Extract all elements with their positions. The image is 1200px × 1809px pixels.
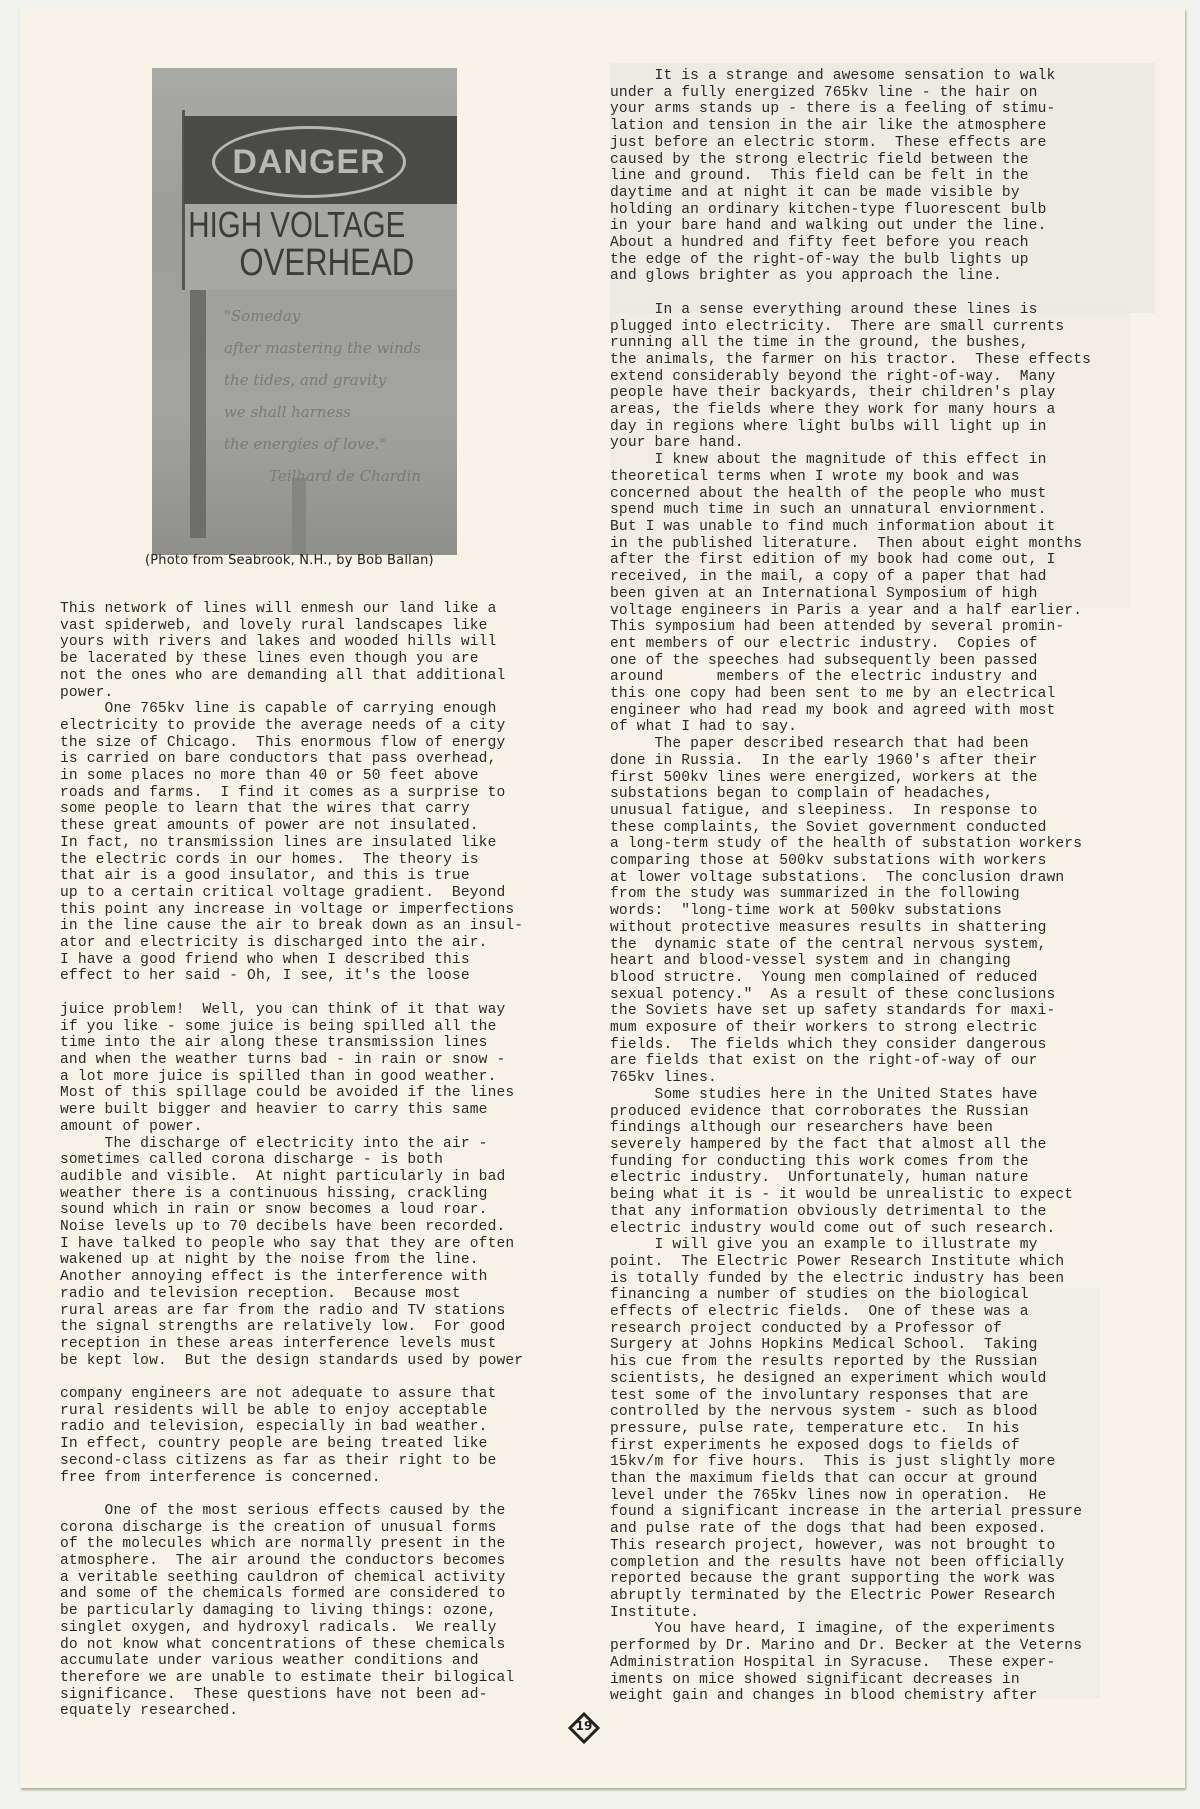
text-line: It is a strange and awesome sensation to… [610, 68, 1091, 85]
right-text-column: It is a strange and awesome sensation to… [610, 68, 1091, 1705]
text-line: the animals, the farmer on his tractor. … [610, 352, 1091, 369]
text-line: lation and tension in the air like the a… [610, 118, 1091, 135]
text-line: electricity to provide the average needs… [60, 718, 523, 735]
text-line: effect to her said - Oh, I see, it's the… [60, 968, 523, 985]
text-line: around members of the electric industry … [610, 669, 1091, 686]
text-line: the Soviets have set up safety standards… [610, 1003, 1091, 1020]
text-line: radio and television reception. Because … [60, 1286, 523, 1303]
text-line: Noise levels up to 70 decibels have been… [60, 1219, 523, 1236]
text-line: One of the most serious effects caused b… [60, 1503, 523, 1520]
text-line: one of the speeches had subsequently bee… [610, 653, 1091, 670]
text-line: been given at an International Symposium… [610, 586, 1091, 603]
text-line: unusual fatigue, and sleepiness. In resp… [610, 803, 1091, 820]
text-line: than the maximum fields that can occur a… [610, 1471, 1091, 1488]
text-line: sometimes called corona discharge - is b… [60, 1152, 523, 1169]
text-line: corona discharge is the creation of unus… [60, 1520, 523, 1537]
text-line: sound which in rain or snow becomes a lo… [60, 1202, 523, 1219]
text-line: In a sense everything around these lines… [610, 302, 1091, 319]
text-line: controlled by the nervous system - such … [610, 1404, 1091, 1421]
text-line: fields. The fields which they consider d… [610, 1037, 1091, 1054]
text-line: being what it is - it would be unrealist… [610, 1187, 1091, 1204]
text-line: funding for conducting this work comes f… [610, 1154, 1091, 1171]
text-line: research project conducted by a Professo… [610, 1321, 1091, 1338]
text-line: were built bigger and heavier to carry t… [60, 1102, 523, 1119]
text-line: I knew about the magnitude of this effec… [610, 452, 1091, 469]
text-line: this point any increase in voltage or im… [60, 902, 523, 919]
text-line: his cue from the results reported by the… [610, 1354, 1091, 1371]
text-line: voltage engineers in Paris a year and a … [610, 603, 1091, 620]
text-line: holding an ordinary kitchen-type fluores… [610, 202, 1091, 219]
text-line: your bare hand. [610, 435, 1091, 452]
text-line: some people to learn that the wires that… [60, 801, 523, 818]
text-line: company engineers are not adequate to as… [60, 1386, 523, 1403]
text-line: amount of power. [60, 1119, 523, 1136]
text-line: first 500kv lines were energized, worker… [610, 770, 1091, 787]
text-line: significance. These questions have not b… [60, 1687, 523, 1704]
text-line: day in regions where light bulbs will li… [610, 419, 1091, 436]
text-line: these great amounts of power are not ins… [60, 818, 523, 835]
text-line: wakened up at night by the noise from th… [60, 1252, 523, 1269]
text-line: yours with rivers and lakes and wooded h… [60, 634, 523, 651]
text-line: and glows brighter as you approach the l… [610, 268, 1091, 285]
text-line: iments on mice showed significant decrea… [610, 1672, 1091, 1689]
text-line: words: "long-time work at 500kv substati… [610, 903, 1091, 920]
text-line: under a fully energized 765kv line - the… [610, 85, 1091, 102]
quote-line: the tides, and gravity [224, 364, 444, 396]
page-number-badge: 19 [568, 1712, 600, 1744]
text-line: a lot more juice is spilled than in good… [60, 1069, 523, 1086]
text-line: equately researched. [60, 1703, 523, 1720]
text-line: a veritable seething cauldron of chemica… [60, 1570, 523, 1587]
text-line: people have their backyards, their child… [610, 385, 1091, 402]
text-line: caused by the strong electric field betw… [610, 152, 1091, 169]
text-line: juice problem! Well, you can think of it… [60, 1002, 523, 1019]
photo-caption: (Photo from Seabrook, N.H., by Bob Balla… [145, 553, 485, 568]
quote-line: "Someday [224, 300, 444, 332]
text-line: findings although our researchers have b… [610, 1120, 1091, 1137]
text-line: Another annoying effect is the interfere… [60, 1269, 523, 1286]
text-line: sexual potency." As a result of these co… [610, 987, 1091, 1004]
text-line: without protective measures results in s… [610, 920, 1091, 937]
text-line: just before an electric storm. These eff… [610, 135, 1091, 152]
overhead-label: OVERHEAD [212, 244, 442, 282]
text-line: in your bare hand and walking out under … [610, 218, 1091, 235]
text-line: Most of this spillage could be avoided i… [60, 1085, 523, 1102]
text-line: therefore we are unable to estimate thei… [60, 1670, 523, 1687]
text-line: daytime and at night it can be made visi… [610, 185, 1091, 202]
text-line: and some of the chemicals formed are con… [60, 1586, 523, 1603]
text-line: in the published literature. Then about … [610, 536, 1091, 553]
text-line: weight gain and changes in blood chemist… [610, 1688, 1091, 1705]
text-line: from the study was summarized in the fol… [610, 886, 1091, 903]
text-line: accumulate under various weather conditi… [60, 1653, 523, 1670]
text-line: scientists, he designed an experiment wh… [610, 1371, 1091, 1388]
text-line: roads and farms. I find it comes as a su… [60, 785, 523, 802]
text-line: in the line cause the air to break down … [60, 918, 523, 935]
text-line: second-class citizens as far as their ri… [60, 1453, 523, 1470]
text-line: this one copy had been sent to me by an … [610, 686, 1091, 703]
text-line: do not know what concentrations of these… [60, 1637, 523, 1654]
text-line: financing a number of studies on the bio… [610, 1287, 1091, 1304]
danger-sign-photo: DANGER HIGH VOLTAGE OVERHEAD "Someday af… [152, 68, 457, 555]
text-line: and pulse rate of the dogs that had been… [610, 1521, 1091, 1538]
text-line: point. The Electric Power Research Insti… [610, 1254, 1091, 1271]
text-line: after the first edition of my book had c… [610, 552, 1091, 569]
text-line: running all the time in the ground, the … [610, 335, 1091, 352]
text-line: substations began to complain of headach… [610, 786, 1091, 803]
text-line: first experiments he exposed dogs to fie… [610, 1438, 1091, 1455]
text-line: ent members of our electric industry. Co… [610, 636, 1091, 653]
text-line: be kept low. But the design standards us… [60, 1353, 523, 1370]
text-line: Surgery at Johns Hopkins Medical School.… [610, 1337, 1091, 1354]
text-line: In effect, country people are being trea… [60, 1436, 523, 1453]
text-line: Some studies here in the United States h… [610, 1087, 1091, 1104]
text-line: reception in these areas interference le… [60, 1336, 523, 1353]
text-line: the signal strengths are relatively low.… [60, 1319, 523, 1336]
text-line: You have heard, I imagine, of the experi… [610, 1621, 1091, 1638]
text-line: spend much time in such an unnatural env… [610, 502, 1091, 519]
text-line: that any information obviously detriment… [610, 1204, 1091, 1221]
text-line: of the molecules which are normally pres… [60, 1536, 523, 1553]
text-line: theoretical terms when I wrote my book a… [610, 469, 1091, 486]
text-line: done in Russia. In the early 1960's afte… [610, 753, 1091, 770]
danger-label: DANGER [212, 126, 406, 198]
text-line: 15kv/m for five hours. This is just slig… [610, 1454, 1091, 1471]
text-line: the size of Chicago. This enormous flow … [60, 735, 523, 752]
quote-line: after mastering the winds [224, 332, 444, 364]
page-number: 19 [568, 1719, 600, 1733]
text-line: effects of electric fields. One of these… [610, 1304, 1091, 1321]
text-line: ator and electricity is discharged into … [60, 935, 523, 952]
text-line: the dynamic state of the central nervous… [610, 937, 1091, 954]
text-line: at lower voltage substations. The conclu… [610, 870, 1091, 887]
text-line: the electric cords in our homes. The the… [60, 852, 523, 869]
quote-line: the energies of love." [224, 428, 444, 460]
text-line: pressure, pulse rate, temperature etc. I… [610, 1421, 1091, 1438]
text-line: mum exposure of their workers to strong … [610, 1020, 1091, 1037]
text-line: The paper described research that had be… [610, 736, 1091, 753]
text-line: electric industry. Unfortunately, human … [610, 1170, 1091, 1187]
sign-quote: "Someday after mastering the winds the t… [224, 300, 444, 492]
text-line: In fact, no transmission lines are insul… [60, 835, 523, 852]
text-line: time into the air along these transmissi… [60, 1035, 523, 1052]
text-line: One 765kv line is capable of carrying en… [60, 701, 523, 718]
text-line: of what I had to say. [610, 719, 1091, 736]
text-line: The discharge of electricity into the ai… [60, 1136, 523, 1153]
text-line: heart and blood-vessel system and in cha… [610, 953, 1091, 970]
text-line: and when the weather turns bad - in rain… [60, 1052, 523, 1069]
text-line: This network of lines will enmesh our la… [60, 601, 523, 618]
text-line: are fields that exist on the right-of-wa… [610, 1053, 1091, 1070]
text-line: found a significant increase in the arte… [610, 1504, 1091, 1521]
text-line: Administration Hospital in Syracuse. The… [610, 1655, 1091, 1672]
text-line: level under the 765kv lines now in opera… [610, 1488, 1091, 1505]
text-line: be lacerated by these lines even though … [60, 651, 523, 668]
text-line: engineer who had read my book and agreed… [610, 703, 1091, 720]
text-line: a long-term study of the health of subst… [610, 836, 1091, 853]
text-line: weather there is a continuous hissing, c… [60, 1186, 523, 1203]
text-line: rural areas are far from the radio and T… [60, 1303, 523, 1320]
text-line: is carried on bare conductors that pass … [60, 751, 523, 768]
text-line: produced evidence that corroborates the … [610, 1104, 1091, 1121]
quote-attribution: Teilhard de Chardin [224, 460, 444, 492]
text-line [610, 285, 1091, 302]
text-line: up to a certain critical voltage gradien… [60, 885, 523, 902]
text-line: About a hundred and fifty feet before yo… [610, 235, 1091, 252]
text-line: abruptly terminated by the Electric Powe… [610, 1588, 1091, 1605]
text-line: I have a good friend who when I describe… [60, 952, 523, 969]
text-line: that air is a good insulator, and this i… [60, 868, 523, 885]
text-line: the edge of the right-of-way the bulb li… [610, 252, 1091, 269]
left-text-column: This network of lines will enmesh our la… [60, 601, 523, 1720]
text-line [60, 1486, 523, 1503]
text-line: This symposium had been attended by seve… [610, 619, 1091, 636]
text-line: singlet oxygen, and hydroxyl radicals. W… [60, 1620, 523, 1637]
text-line: be particularly damaging to living thing… [60, 1603, 523, 1620]
text-line: not the ones who are demanding all that … [60, 668, 523, 685]
text-line: I will give you an example to illustrate… [610, 1237, 1091, 1254]
text-line: performed by Dr. Marino and Dr. Becker a… [610, 1638, 1091, 1655]
text-line: This research project, however, was not … [610, 1538, 1091, 1555]
text-line: severely hampered by the fact that almos… [610, 1137, 1091, 1154]
text-line: areas, the fields where they work for ma… [610, 402, 1091, 419]
text-line: plugged into electricity. There are smal… [610, 319, 1091, 336]
text-line: vast spiderweb, and lovely rural landsca… [60, 618, 523, 635]
text-line: I have talked to people who say that the… [60, 1236, 523, 1253]
text-line: these complaints, the Soviet government … [610, 820, 1091, 837]
text-line: test some of the involuntary responses t… [610, 1388, 1091, 1405]
text-line [60, 985, 523, 1002]
text-line: line and ground. This field can be felt … [610, 168, 1091, 185]
text-line: comparing those at 500kv substations wit… [610, 853, 1091, 870]
text-line: completion and the results have not been… [610, 1555, 1091, 1572]
text-line: rural residents will be able to enjoy ac… [60, 1403, 523, 1420]
text-line: 765kv lines. [610, 1070, 1091, 1087]
text-line: if you like - some juice is being spille… [60, 1019, 523, 1036]
text-line: reported because the grant supporting th… [610, 1571, 1091, 1588]
text-line: concerned about the health of the people… [610, 486, 1091, 503]
text-line: audible and visible. At night particular… [60, 1169, 523, 1186]
sign-post [190, 283, 206, 538]
text-line: electric industry would come out of such… [610, 1221, 1091, 1238]
text-line: is totally funded by the electric indust… [610, 1271, 1091, 1288]
text-line [60, 1369, 523, 1386]
text-line: radio and television, especially in bad … [60, 1419, 523, 1436]
text-line: received, in the mail, a copy of a paper… [610, 569, 1091, 586]
text-line: free from interference is concerned. [60, 1470, 523, 1487]
text-line: power. [60, 685, 523, 702]
text-line: your arms stands up - there is a feeling… [610, 101, 1091, 118]
text-line: in some places no more than 40 or 50 fee… [60, 768, 523, 785]
text-line: extend considerably beyond the right-of-… [610, 369, 1091, 386]
text-line: atmosphere. The air around the conductor… [60, 1553, 523, 1570]
text-line: But I was unable to find much informatio… [610, 519, 1091, 536]
text-line: blood structre. Young men complained of … [610, 970, 1091, 987]
quote-line: we shall harness [224, 396, 444, 428]
text-line: Institute. [610, 1605, 1091, 1622]
high-voltage-label: HIGH VOLTAGE [182, 206, 412, 244]
